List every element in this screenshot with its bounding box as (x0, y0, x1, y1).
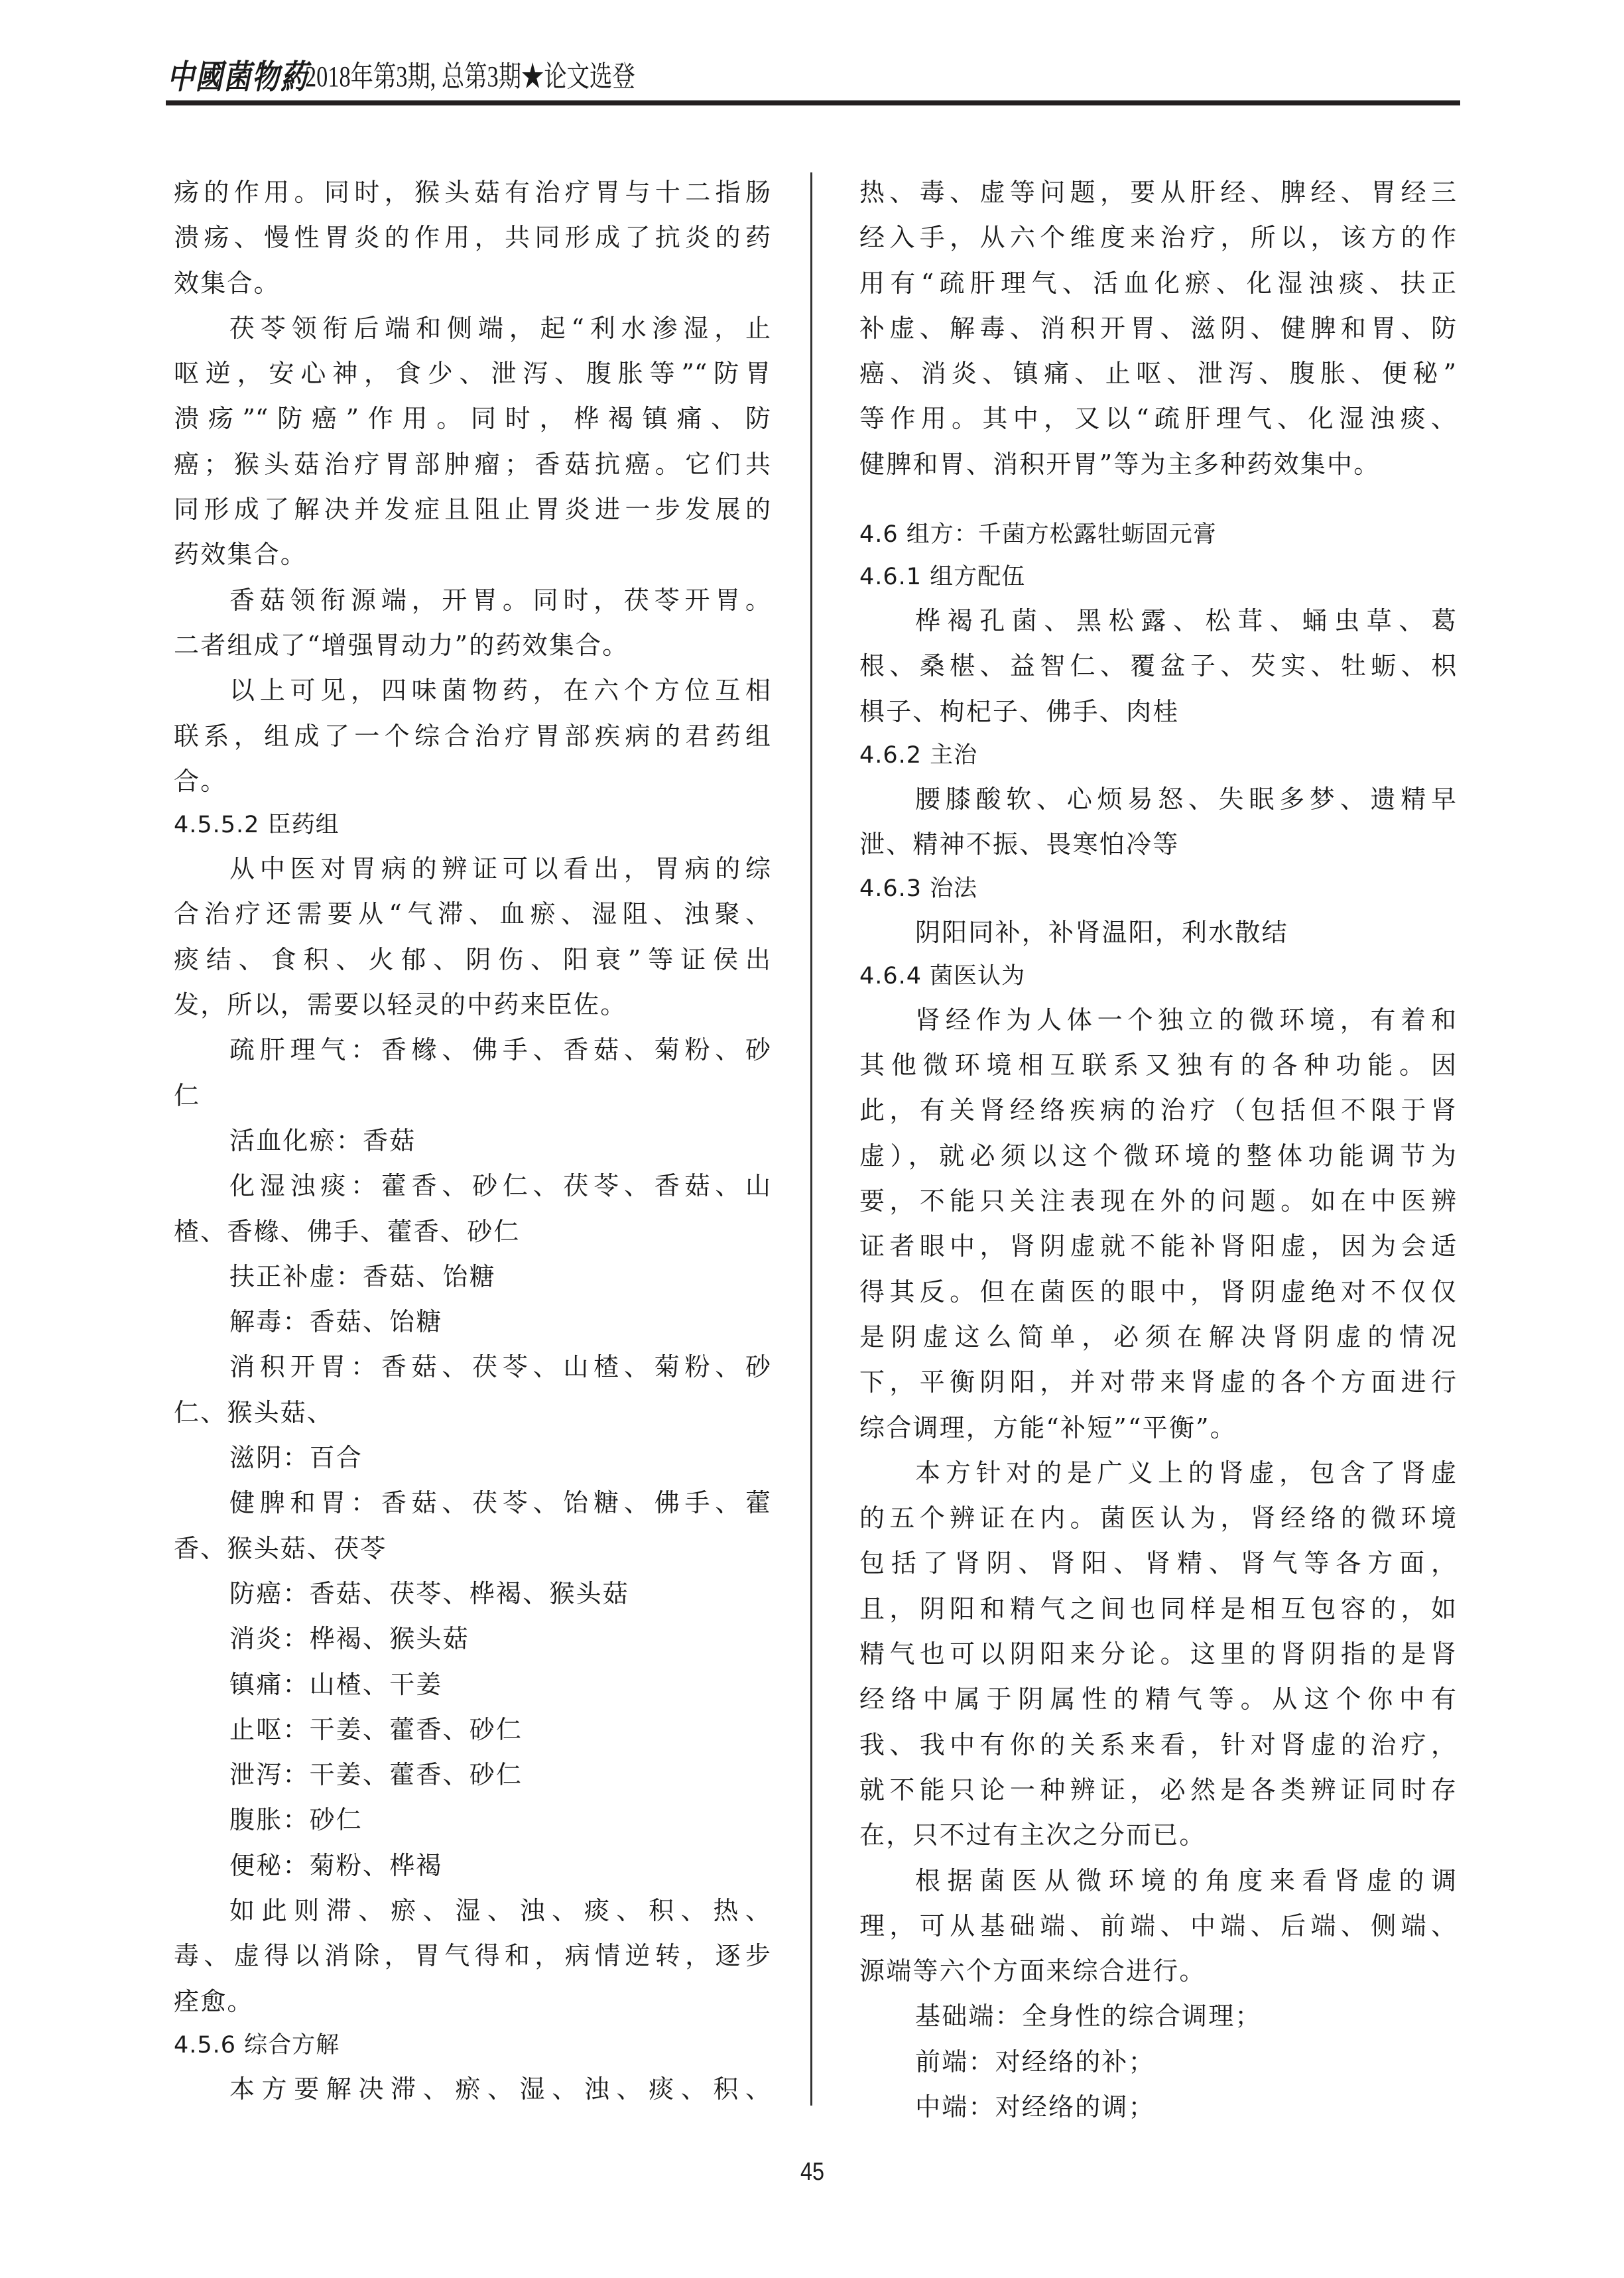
left-column: 疡的作用。同时，猴头菇有治疗胃与十二指肠溃疡、慢性胃炎的作用，共同形成了抗炎的药… (174, 170, 771, 2112)
text-line: 癌、消炎、镇痛、止呕、泄泻、腹胀、便秘” (859, 351, 1456, 396)
text-line: 痊愈。 (174, 1979, 771, 2024)
paragraph-first-line: 消积开胃：香菇、茯苓、山楂、菊粉、砂 (174, 1344, 771, 1389)
text-line: 仁 (174, 1073, 771, 1118)
text-line: 健脾和胃、消积开胃”等为主多种药效集中。 (859, 442, 1456, 487)
text-line: 效集合。 (174, 261, 771, 306)
text-line: 此，有关肾经络疾病的治疗（包括但不限于肾 (859, 1088, 1456, 1133)
text-line: 等作用。其中，又以“疏肝理气、化湿浊痰、 (859, 396, 1456, 441)
text-line: 补虚、解毒、消积开胃、滋阴、健脾和胃、防 (859, 306, 1456, 351)
paragraph-first-line: 泄泻：干姜、藿香、砂仁 (174, 1752, 771, 1797)
section-heading: 4.6.2 主治 (859, 734, 1456, 777)
paragraph-first-line: 化湿浊痰：藿香、砂仁、茯苓、香菇、山 (174, 1163, 771, 1208)
header-rule (166, 100, 1460, 105)
text-line: 仁、猴头菇、 (174, 1390, 771, 1435)
text-line: 合。 (174, 759, 771, 804)
section-heading: 4.5.6 综合方解 (174, 2024, 771, 2066)
text-line: 证者眼中，肾阴虚就不能补肾阳虚，因为会适 (859, 1224, 1456, 1269)
text-line: 理，可从基础端、前端、中端、后端、侧端、 (859, 1903, 1456, 1948)
text-line: 源端等六个方面来综合进行。 (859, 1948, 1456, 1993)
paragraph-first-line: 肾经作为人体一个独立的微环境，有着和 (859, 997, 1456, 1043)
right-column: 热、毒、虚等问题，要从肝经、脾经、胃经三经入手，从六个维度来治疗，所以，该方的作… (859, 170, 1456, 2129)
paragraph-gap (859, 487, 1456, 513)
text-line: 溃疡”“防癌”作用。同时，桦褐镇痛、防 (174, 396, 771, 441)
text-line: 精气也可以阴阳来分论。这里的肾阴指的是肾 (859, 1631, 1456, 1677)
paragraph-first-line: 健脾和胃：香菇、茯苓、饴糖、佛手、藿 (174, 1480, 771, 1525)
section-heading: 4.6.1 组方配伍 (859, 556, 1456, 598)
paragraph-first-line: 本方针对的是广义上的肾虚，包含了肾虚 (859, 1450, 1456, 1495)
paragraph-first-line: 如此则滞、瘀、湿、浊、痰、积、热、 (174, 1888, 771, 1933)
text-line: 癌；猴头菇治疗胃部肿瘤；香菇抗癌。它们共 (174, 442, 771, 487)
text-line: 是阴虚这么简单，必须在解决肾阴虚的情况 (859, 1314, 1456, 1360)
paragraph-first-line: 疏肝理气：香橼、佛手、香菇、菊粉、砂 (174, 1027, 771, 1072)
text-line: 楂、香橼、佛手、藿香、砂仁 (174, 1209, 771, 1254)
text-line: 同形成了解决并发症且阻止胃炎进一步发展的 (174, 487, 771, 532)
text-line: 香、猴头菇、茯苓 (174, 1526, 771, 1571)
section-heading: 4.5.5.2 臣药组 (174, 804, 771, 846)
section-heading: 4.6.3 治法 (859, 867, 1456, 910)
text-line: 二者组成了“增强胃动力”的药效集合。 (174, 623, 771, 668)
text-line: 联系，组成了一个综合治疗胃部疾病的君药组 (174, 714, 771, 759)
text-line: 在，只不过有主次之分而已。 (859, 1812, 1456, 1858)
column-divider (810, 172, 812, 2106)
text-line: 经络中属于阴属性的精气等。从这个你中有 (859, 1677, 1456, 1722)
page-number: 45 (770, 2158, 855, 2186)
text-line: 虚），就必须以这个微环境的整体功能调节为 (859, 1133, 1456, 1178)
text-line: 呕逆，安心神，食少、泄泻、腹胀等”“防胃 (174, 351, 771, 396)
paragraph-first-line: 茯苓领衔后端和侧端，起“利水渗湿，止 (174, 306, 771, 351)
text-line: 泄、精神不振、畏寒怕冷等 (859, 822, 1456, 867)
paragraph-first-line: 以上可见，四味菌物药，在六个方位互相 (174, 668, 771, 713)
text-line: 综合调理，方能“补短”“平衡”。 (859, 1405, 1456, 1450)
text-line: 毒、虚得以消除，胃气得和，病情逆转，逐步 (174, 1933, 771, 1978)
text-line: 发，所以，需要以轻灵的中药来臣佐。 (174, 982, 771, 1027)
text-line: 根、桑椹、益智仁、覆盆子、芡实、牡蛎、枳 (859, 643, 1456, 688)
paragraph-first-line: 香菇领衔源端，开胃。同时，茯苓开胃。 (174, 578, 771, 623)
paragraph-first-line: 中端：对经络的调； (859, 2084, 1456, 2129)
paragraph-first-line: 扶正补虚：香菇、饴糖 (174, 1254, 771, 1299)
text-line: 合治疗还需要从“气滞、血瘀、湿阻、浊聚、 (174, 891, 771, 936)
text-line: 包括了肾阴、肾阳、肾精、肾气等各方面， (859, 1541, 1456, 1586)
text-line: 疡的作用。同时，猴头菇有治疗胃与十二指肠 (174, 170, 771, 215)
paragraph-first-line: 止呕：干姜、藿香、砂仁 (174, 1707, 771, 1752)
issue-info: 2018年第3期, 总第3期★论文选登 (305, 57, 635, 97)
paragraph-first-line: 桦褐孔菌、黑松露、松茸、蛹虫草、葛 (859, 598, 1456, 643)
paragraph-first-line: 阴阳同补，补肾温阳，利水散结 (859, 910, 1456, 955)
paragraph-first-line: 根据菌医从微环境的角度来看肾虚的调 (859, 1858, 1456, 1903)
paragraph-first-line: 防癌：香菇、茯苓、桦褐、猴头菇 (174, 1571, 771, 1616)
journal-logo: 中國菌物葯 (167, 57, 308, 97)
running-header: 中國菌物葯 2018年第3期, 总第3期★论文选登 (167, 57, 728, 97)
paragraph-first-line: 镇痛：山楂、干姜 (174, 1662, 771, 1707)
paragraph-first-line: 腰膝酸软、心烦易怒、失眠多梦、遗精早 (859, 777, 1456, 822)
text-line: 药效集合。 (174, 532, 771, 577)
text-line: 要，不能只关注表现在外的问题。如在中医辨 (859, 1178, 1456, 1224)
text-line: 用有“疏肝理气、活血化瘀、化湿浊痰、扶正 (859, 261, 1456, 306)
section-heading: 4.6.4 菌医认为 (859, 955, 1456, 997)
paragraph-first-line: 本方要解决滞、瘀、湿、浊、痰、积、 (174, 2066, 771, 2112)
paragraph-first-line: 解毒：香菇、饴糖 (174, 1299, 771, 1344)
paragraph-first-line: 腹胀：砂仁 (174, 1797, 771, 1842)
text-line: 椇子、枸杞子、佛手、肉桂 (859, 689, 1456, 734)
text-line: 痰结、食积、火郁、阴伤、阳衰”等证侯出 (174, 937, 771, 982)
text-line: 就不能只论一种辨证，必然是各类辨证同时存 (859, 1767, 1456, 1812)
text-line: 溃疡、慢性胃炎的作用，共同形成了抗炎的药 (174, 215, 771, 260)
text-line: 且，阴阳和精气之间也同样是相互包容的，如 (859, 1586, 1456, 1631)
paragraph-first-line: 前端：对经络的补； (859, 2039, 1456, 2084)
paragraph-first-line: 滋阴：百合 (174, 1435, 771, 1480)
paragraph-first-line: 便秘：菊粉、桦褐 (174, 1843, 771, 1888)
text-line: 得其反。但在菌医的眼中，肾阴虚绝对不仅仅 (859, 1269, 1456, 1314)
paragraph-first-line: 基础端：全身性的综合调理； (859, 1993, 1456, 2039)
paragraph-first-line: 消炎：桦褐、猴头菇 (174, 1616, 771, 1661)
paragraph-first-line: 活血化瘀：香菇 (174, 1118, 771, 1163)
text-line: 我、我中有你的关系来看，针对肾虚的治疗， (859, 1722, 1456, 1767)
text-line: 热、毒、虚等问题，要从肝经、脾经、胃经三 (859, 170, 1456, 215)
section-heading: 4.6 组方：千菌方松露牡蛎固元膏 (859, 513, 1456, 556)
text-line: 经入手，从六个维度来治疗，所以，该方的作 (859, 215, 1456, 260)
text-line: 其他微环境相互联系又独有的各种功能。因 (859, 1043, 1456, 1088)
text-line: 下，平衡阴阳，并对带来肾虚的各个方面进行 (859, 1360, 1456, 1405)
text-line: 的五个辨证在内。菌医认为，肾经络的微环境 (859, 1495, 1456, 1541)
paragraph-first-line: 从中医对胃病的辨证可以看出，胃病的综 (174, 846, 771, 891)
